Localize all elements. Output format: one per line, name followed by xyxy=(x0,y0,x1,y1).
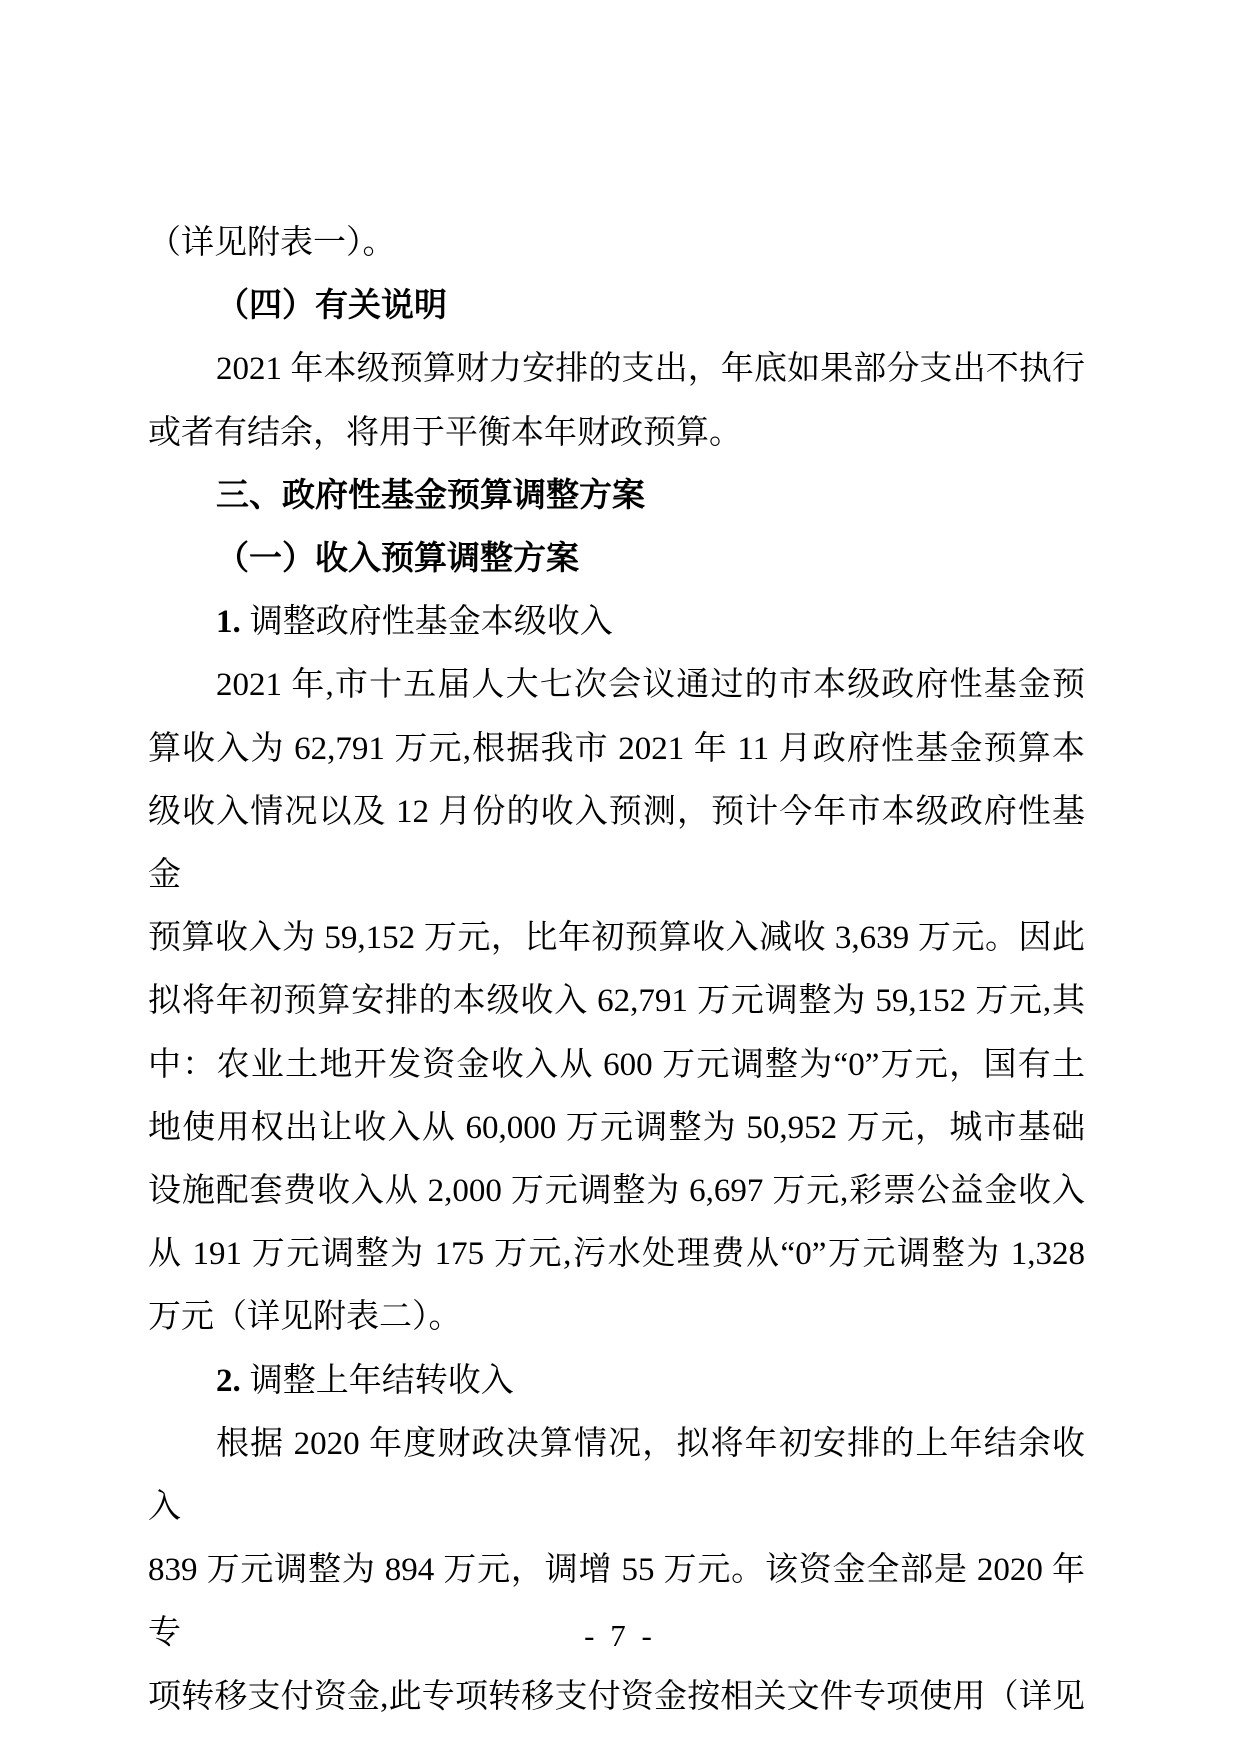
paragraph-line: 从 191 万元调整为 175 万元,污水处理费从“0”万元调整为 1,328 xyxy=(148,1223,1085,1286)
paragraph-end-line: 或者有结余，将用于平衡本年财政预算。 xyxy=(148,402,1085,465)
paragraph-line: 预算收入为 59,152 万元，比年初预算收入减收 3,639 万元。因此 xyxy=(148,907,1085,970)
document-body: （详见附表一）。 （四）有关说明 2021 年本级预算财力安排的支出，年底如果部… xyxy=(148,212,1085,1729)
paragraph-line: 设施配套费收入从 2,000 万元调整为 6,697 万元,彩票公益金收入 xyxy=(148,1160,1085,1223)
item-2-title: 调整上年结转收入 xyxy=(250,1363,514,1399)
item-1-title: 调整政府性基金本级收入 xyxy=(250,604,613,640)
paragraph-line: 拟将年初预算安排的本级收入 62,791 万元调整为 59,152 万元,其 xyxy=(148,970,1085,1033)
item-2-number: 2. xyxy=(216,1363,241,1399)
document-page: （详见附表一）。 （四）有关说明 2021 年本级预算财力安排的支出，年底如果部… xyxy=(0,0,1240,1754)
paragraph-end-line: 万元（详见附表二）。 xyxy=(148,1286,1085,1349)
paragraph-line: 2021 年本级预算财力安排的支出，年底如果部分支出不执行 xyxy=(148,338,1085,401)
section-heading-four: （四）有关说明 xyxy=(148,275,1085,338)
paragraph-line: 根据 2020 年度财政决算情况，拟将年初安排的上年结余收入 xyxy=(148,1413,1085,1539)
paragraph-line: 2021 年,市十五届人大七次会议通过的市本级政府性基金预 xyxy=(148,654,1085,717)
subsection-heading-one: （一）收入预算调整方案 xyxy=(148,528,1085,591)
item-2-heading: 2.调整上年结转收入 xyxy=(148,1350,1085,1413)
paragraph-end-line: （详见附表一）。 xyxy=(148,212,1085,275)
paragraph-line: 地使用权出让收入从 60,000 万元调整为 50,952 万元，城市基础 xyxy=(148,1097,1085,1160)
page-number: - 7 - xyxy=(0,1618,1240,1654)
item-1-heading: 1.调整政府性基金本级收入 xyxy=(148,591,1085,654)
paragraph-line: 级收入情况以及 12 月份的收入预测，预计今年市本级政府性基金 xyxy=(148,781,1085,907)
item-1-number: 1. xyxy=(216,604,241,640)
paragraph-line: 中：农业土地开发资金收入从 600 万元调整为“0”万元，国有土 xyxy=(148,1034,1085,1097)
paragraph-line: 算收入为 62,791 万元,根据我市 2021 年 11 月政府性基金预算本 xyxy=(148,718,1085,781)
paragraph-line: 项转移支付资金,此专项转移支付资金按相关文件专项使用（详见 xyxy=(148,1666,1085,1729)
section-heading-three: 三、政府性基金预算调整方案 xyxy=(148,465,1085,528)
